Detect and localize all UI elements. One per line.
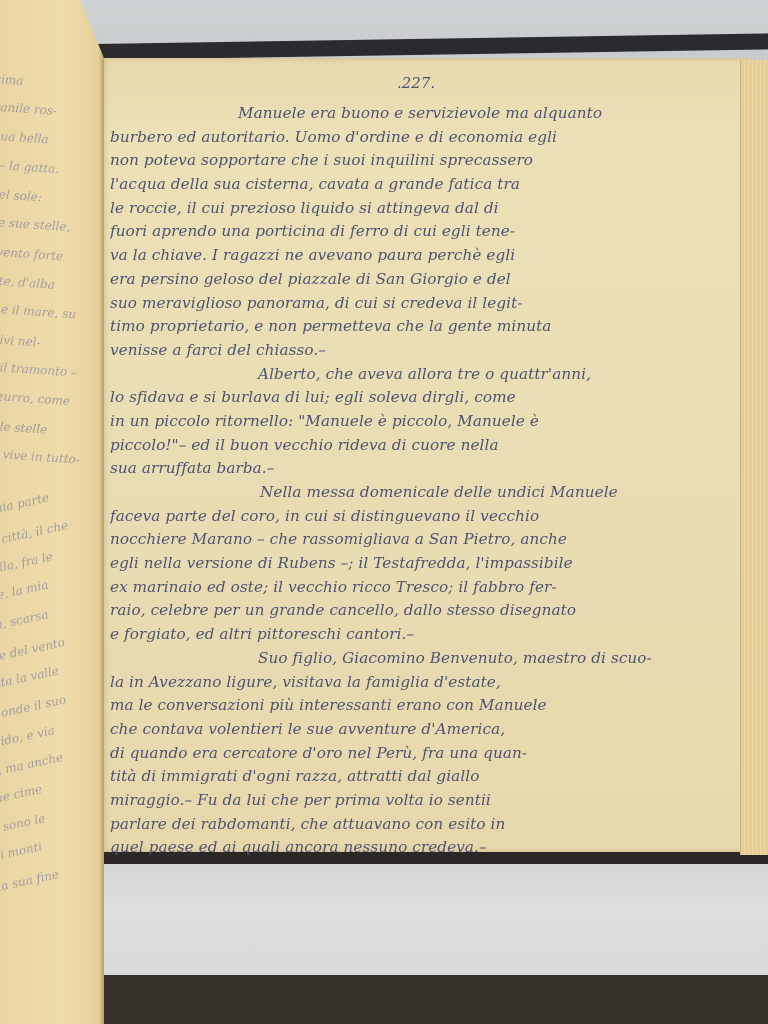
text-line: non poteva sopportare che i suoi inquili… xyxy=(110,149,740,173)
text-line: faceva parte del coro, in cui si disting… xyxy=(110,505,740,529)
left-page-ghost-line: ... inverno – il vento forte xyxy=(0,239,64,264)
text-line: Nella messa domenicale delle undici Manu… xyxy=(110,481,740,505)
text-line: le roccie, il cui prezioso liquido si at… xyxy=(110,197,740,221)
text-line: miraggio.– Fu da lui che per prima volta… xyxy=(110,789,740,813)
text-line: fuori aprendo una porticina di ferro di … xyxy=(110,220,740,244)
left-page-ghost-line: ... e una bellissima xyxy=(0,66,24,88)
text-line: che contava volentieri le sue avventure … xyxy=(110,718,740,742)
left-page: ... e una bellissima... il suo campanile… xyxy=(0,0,104,1024)
text-line: egli nella versione di Rubens –; il Test… xyxy=(110,552,740,576)
text-line: piccolo!"– ed il buon vecchio rideva di … xyxy=(110,434,740,458)
text-line: Alberto, che aveva allora tre o quattr'a… xyxy=(110,363,740,387)
left-page-ghost-line: ... – il burbero – la gatta. xyxy=(0,152,60,176)
handwritten-text: Manuele era buono e servizievole ma alqu… xyxy=(110,102,740,860)
text-line: lo sfidava e si burlava di lui; egli sol… xyxy=(110,386,740,410)
text-line: e forgiato, ed altri pittoreschi cantori… xyxy=(110,623,740,647)
text-line: in un piccolo ritornello: "Manuele è pic… xyxy=(110,410,740,434)
text-line: sua arruffata barba.– xyxy=(110,457,740,481)
text-line: va la chiave. I ragazzi ne avevano paura… xyxy=(110,244,740,268)
text-line: tità di immigrati d'ogni razza, attratti… xyxy=(110,765,740,789)
text-line: l'acqua della sua cisterna, cavata a gra… xyxy=(110,173,740,197)
left-page-ghost-line: ... – inquietante, d'alba xyxy=(0,268,55,292)
page-stack-edge xyxy=(740,60,768,855)
left-page-ghost-line: ... del, vento e il mare, su xyxy=(0,297,77,322)
text-line: quel paese ed ai quali ancora nessuno cr… xyxy=(110,836,740,860)
white-sheet-under-book xyxy=(0,855,768,990)
left-page-ghost-line: ... sulla – la sua bella xyxy=(0,124,49,147)
text-line: ma le conversazioni più interessanti era… xyxy=(110,694,740,718)
text-line: burbero ed autoritario. Uomo d'ordine e … xyxy=(110,126,740,150)
table-surface xyxy=(0,975,768,1024)
text-line: di quando era cercatore d'oro nel Perù, … xyxy=(110,742,740,766)
left-page-ghost-line: ... il suo campanile ros- xyxy=(0,94,58,118)
text-line: venisse a farci del chiasso.– xyxy=(110,339,740,363)
left-page-ghost-line: ... il mare azzurro, come xyxy=(0,384,71,408)
page-number: .227. xyxy=(397,74,435,92)
left-page-ghost-line: ... montagna, il tramonto – xyxy=(0,354,77,379)
left-page-ghost-line: ... attraverso la sua fine xyxy=(0,867,60,911)
text-line: raio, celebre per un grande cancello, da… xyxy=(110,599,740,623)
left-page-ghost-line: ... la sua casa, ivi nel- xyxy=(0,326,41,349)
text-line: timo proprietario, e non permetteva che … xyxy=(110,315,740,339)
text-line: era persino geloso del piazzale di San G… xyxy=(110,268,740,292)
left-page-ghost-line: ... tramonto del sole: xyxy=(0,182,42,205)
text-line: ex marinaio ed oste; il vecchio ricco Tr… xyxy=(110,576,740,600)
text-line: la in Avezzano ligure, visitava la famig… xyxy=(110,671,740,695)
left-page-ghost-line: ... della figlia, vive in tutto- xyxy=(0,441,80,466)
left-page-ghost-line: ... la sua casa, le stelle xyxy=(0,413,48,437)
text-line: nocchiere Marano – che rassomigliava a S… xyxy=(110,528,740,552)
text-line: parlare dei rabdomanti, che attuavano co… xyxy=(110,813,740,837)
text-line: Suo figlio, Giacomino Benvenuto, maestro… xyxy=(110,647,740,671)
left-page-ghost-line: ... largo tra le sue stelle, xyxy=(0,210,71,234)
text-line: Manuele era buono e servizievole ma alqu… xyxy=(110,102,740,126)
text-line: suo meraviglioso panorama, di cui si cre… xyxy=(110,292,740,316)
